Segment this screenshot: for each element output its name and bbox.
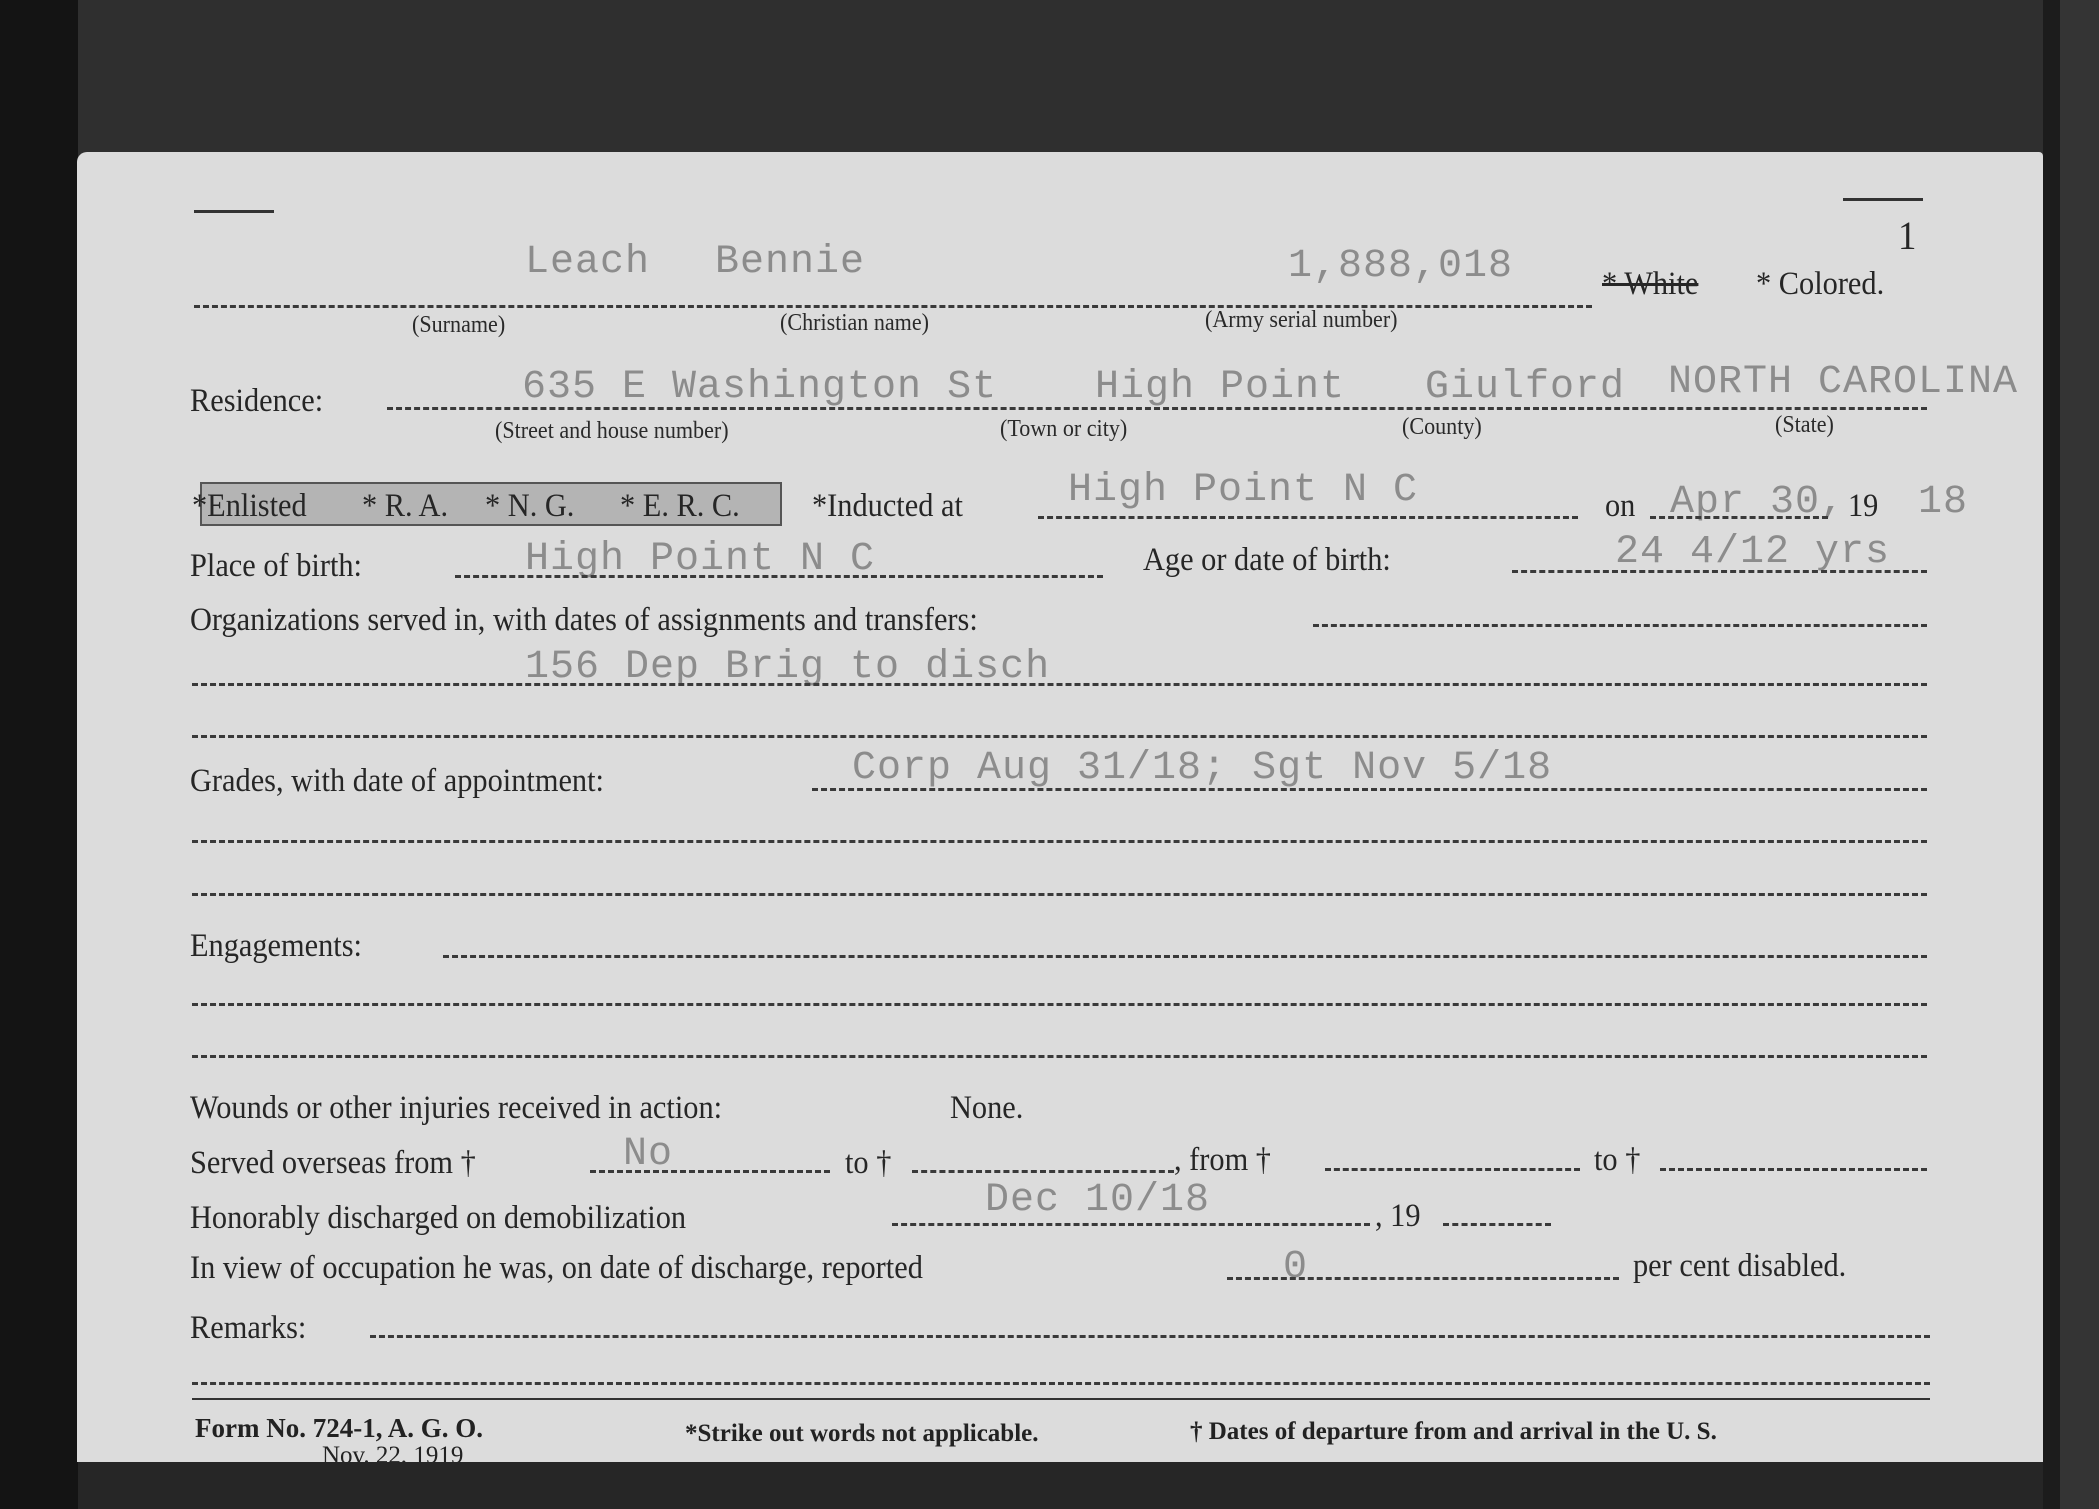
- discharge-year-label: , 19: [1375, 1198, 1421, 1235]
- christian-name-value: Bennie: [715, 240, 865, 285]
- top-right-mark: [1843, 198, 1923, 201]
- remarks-label: Remarks:: [190, 1310, 306, 1347]
- engagements-line-1: [443, 955, 1927, 958]
- dates-note: † Dates of departure from and arrival in…: [1190, 1418, 1717, 1446]
- overseas-from2-label: , from †: [1174, 1142, 1271, 1179]
- residence-line: [387, 407, 1927, 410]
- residence-city-value: High Point: [1095, 365, 1345, 410]
- form-date: Nov. 22, 1919: [322, 1442, 463, 1462]
- disability-line: [1227, 1277, 1619, 1280]
- overseas-to-label: to †: [845, 1145, 891, 1182]
- residence-county-value: Giulford: [1425, 365, 1625, 410]
- grades-value: Corp Aug 31/18; Sgt Nov 5/18: [852, 746, 1552, 791]
- overseas-to2-label: to †: [1594, 1142, 1640, 1179]
- engagements-label: Engagements:: [190, 928, 362, 965]
- scan-background-left: [0, 0, 78, 1509]
- place-of-birth-line: [455, 575, 1103, 578]
- grades-line-3: [192, 893, 1927, 896]
- inducted-at-value: High Point N C: [1068, 468, 1418, 513]
- card-number: 1: [1898, 212, 1916, 259]
- surname-label: (Surname): [412, 312, 505, 339]
- discharge-value: Dec 10/18: [985, 1178, 1210, 1223]
- age-value: 24 4/12 yrs: [1615, 530, 1890, 575]
- wounds-label: Wounds or other injuries received in act…: [190, 1090, 722, 1127]
- organizations-line-1: [1313, 624, 1927, 627]
- grades-label: Grades, with date of appointment:: [190, 763, 604, 800]
- date-line: [1650, 516, 1828, 519]
- residence-label: Residence:: [190, 383, 323, 420]
- discharge-year-line: [1443, 1223, 1551, 1226]
- city-label: (Town or city): [1000, 416, 1127, 443]
- on-label: on: [1605, 488, 1635, 525]
- serial-number-value: 1,888,018: [1288, 244, 1513, 289]
- inducted-label: *Inducted at: [812, 488, 963, 525]
- ra-option: * R. A.: [362, 488, 448, 525]
- year-prefix: 19: [1848, 488, 1878, 525]
- surname-value: Leach: [525, 240, 650, 285]
- discharge-label: Honorably discharged on demobilization: [190, 1200, 686, 1237]
- disability-suffix: per cent disabled.: [1633, 1248, 1846, 1285]
- age-line: [1512, 570, 1927, 573]
- county-label: (County): [1402, 414, 1482, 441]
- disability-value: 0: [1283, 1245, 1308, 1290]
- inducted-year-value: 18: [1918, 480, 1968, 525]
- overseas-to2-line: [1660, 1168, 1927, 1171]
- ng-option: * N. G.: [485, 488, 574, 525]
- grades-line-1: [812, 788, 1927, 791]
- enlisted-option: *Enlisted: [192, 488, 307, 525]
- engagements-line-3: [192, 1055, 1927, 1058]
- overseas-to-line: [912, 1170, 1174, 1173]
- scan-background-bottom: [78, 1462, 2043, 1509]
- remarks-line-1: [370, 1335, 1930, 1338]
- serial-number-label: (Army serial number): [1205, 307, 1398, 334]
- erc-option: * E. R. C.: [620, 488, 740, 525]
- street-label: (Street and house number): [495, 418, 729, 445]
- overseas-label: Served overseas from †: [190, 1145, 476, 1182]
- strike-note: *Strike out words not applicable.: [685, 1420, 1039, 1448]
- residence-state-value: NORTH CAROLINA: [1668, 360, 2018, 405]
- remarks-line-2: [192, 1382, 1930, 1385]
- engagements-line-2: [192, 1003, 1927, 1006]
- disability-label: In view of occupation he was, on date of…: [190, 1250, 923, 1287]
- discharge-line: [892, 1223, 1370, 1226]
- top-left-mark: [194, 210, 274, 213]
- organizations-line-2: [192, 683, 1927, 686]
- organizations-line-3: [192, 735, 1927, 738]
- place-of-birth-label: Place of birth:: [190, 548, 362, 585]
- form-number: Form No. 724-1, A. G. O.: [195, 1413, 483, 1444]
- wounds-value: None.: [950, 1090, 1023, 1127]
- residence-street-value: 635 E Washington St: [522, 365, 997, 410]
- footer-rule: [192, 1398, 1930, 1400]
- overseas-from2-line: [1325, 1168, 1580, 1171]
- christian-name-label: (Christian name): [780, 310, 929, 337]
- state-label: (State): [1775, 412, 1834, 439]
- age-label: Age or date of birth:: [1143, 542, 1391, 579]
- race-white: * White: [1602, 266, 1698, 303]
- grades-line-2: [192, 840, 1927, 843]
- scan-background-right-outer: [2060, 0, 2099, 1509]
- overseas-from-line: [590, 1170, 830, 1173]
- inducted-line: [1038, 516, 1578, 519]
- race-colored: * Colored.: [1756, 266, 1884, 303]
- organizations-label: Organizations served in, with dates of a…: [190, 602, 978, 639]
